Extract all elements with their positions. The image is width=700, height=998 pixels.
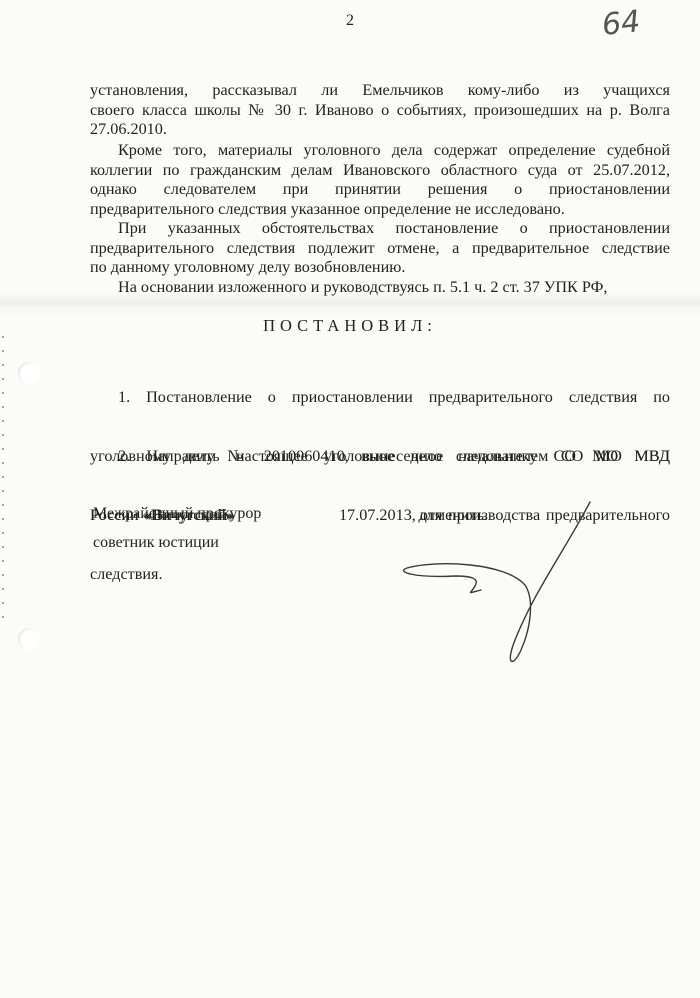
text-line: по данному уголовному делу возобновлению… [90,258,670,278]
handwritten-sheet-number: 64 [600,4,642,43]
paragraph-court-ruling: Кроме того, материалы уголовного дела со… [90,141,670,219]
punch-hole-top [18,362,40,384]
resolution-heading: ПОСТАНОВИЛ: [0,316,700,336]
paragraph-circumstances: При указанных обстоятельствах постановле… [90,219,670,278]
page-number: 2 [0,12,700,30]
signatory-rank: советник юстиции [93,534,219,552]
paragraph-legal-basis: На основании изложенного и руководствуяс… [90,278,670,298]
text-line: На основании изложенного и руководствуяс… [90,278,670,298]
punch-hole-bottom [18,628,40,650]
text-line: 1. Постановление о приостановлении предв… [90,388,670,408]
handwritten-signature [395,490,635,690]
text-line: однако следователем при принятии решения… [90,180,670,200]
intro-paragraph: установления, рассказывал ли Емельчиков … [90,81,670,140]
text-line: Кроме того, материалы уголовного дела со… [90,141,670,161]
signatory-position: Межрайонный прокурор [93,505,261,523]
text-line: предварительного следствия подлежит отме… [90,239,670,259]
text-line: коллегии по гражданским делам Ивановског… [90,161,670,181]
text-line: 2. Направить настоящее уголовное дело на… [90,447,670,467]
scan-margin-specks [0,330,6,630]
text-line: При указанных обстоятельствах постановле… [90,219,670,239]
text-line: своего класса школы № 30 г. Иваново о со… [90,101,670,121]
text-line: установления, рассказывал ли Емельчиков … [90,81,670,101]
document-page: 2 64 установления, рассказывал ли Емельч… [0,0,700,998]
text-line: 27.06.2010. [90,120,670,140]
text-line: предварительного следствия указанное опр… [90,200,670,220]
